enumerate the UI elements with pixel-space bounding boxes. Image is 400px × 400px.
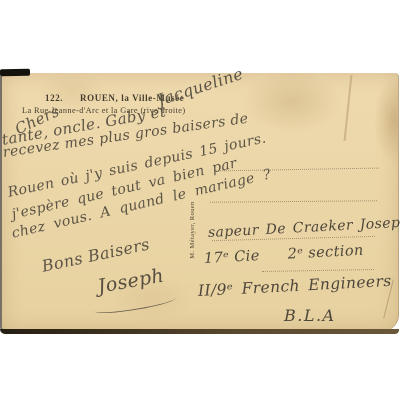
address-company: 17ᵉ Cie <box>204 248 261 267</box>
postcard-photo: { "header": { "number": "122.", "title":… <box>0 0 400 400</box>
dotted-line <box>210 200 377 202</box>
address-army: B.L.A <box>284 306 336 325</box>
message-line: Jacqueline <box>155 64 245 110</box>
address-unit-line: 17ᵉ Cie2ᵉ section <box>204 243 365 267</box>
dotted-line <box>215 168 379 172</box>
publisher-credit: M. Métayer, Rouen <box>189 195 203 265</box>
signature: Joseph <box>96 265 166 298</box>
spacer <box>260 259 288 260</box>
address-regiment: II/9ᵉ French Engineers <box>198 272 393 300</box>
address-section: 2ᵉ section <box>287 243 364 263</box>
paper-crease <box>344 75 353 141</box>
card-edge-mark <box>0 69 30 77</box>
postcard: 122. ROUEN, la Ville-Musée La Rue Jeanne… <box>2 73 399 331</box>
dotted-line <box>262 269 374 272</box>
